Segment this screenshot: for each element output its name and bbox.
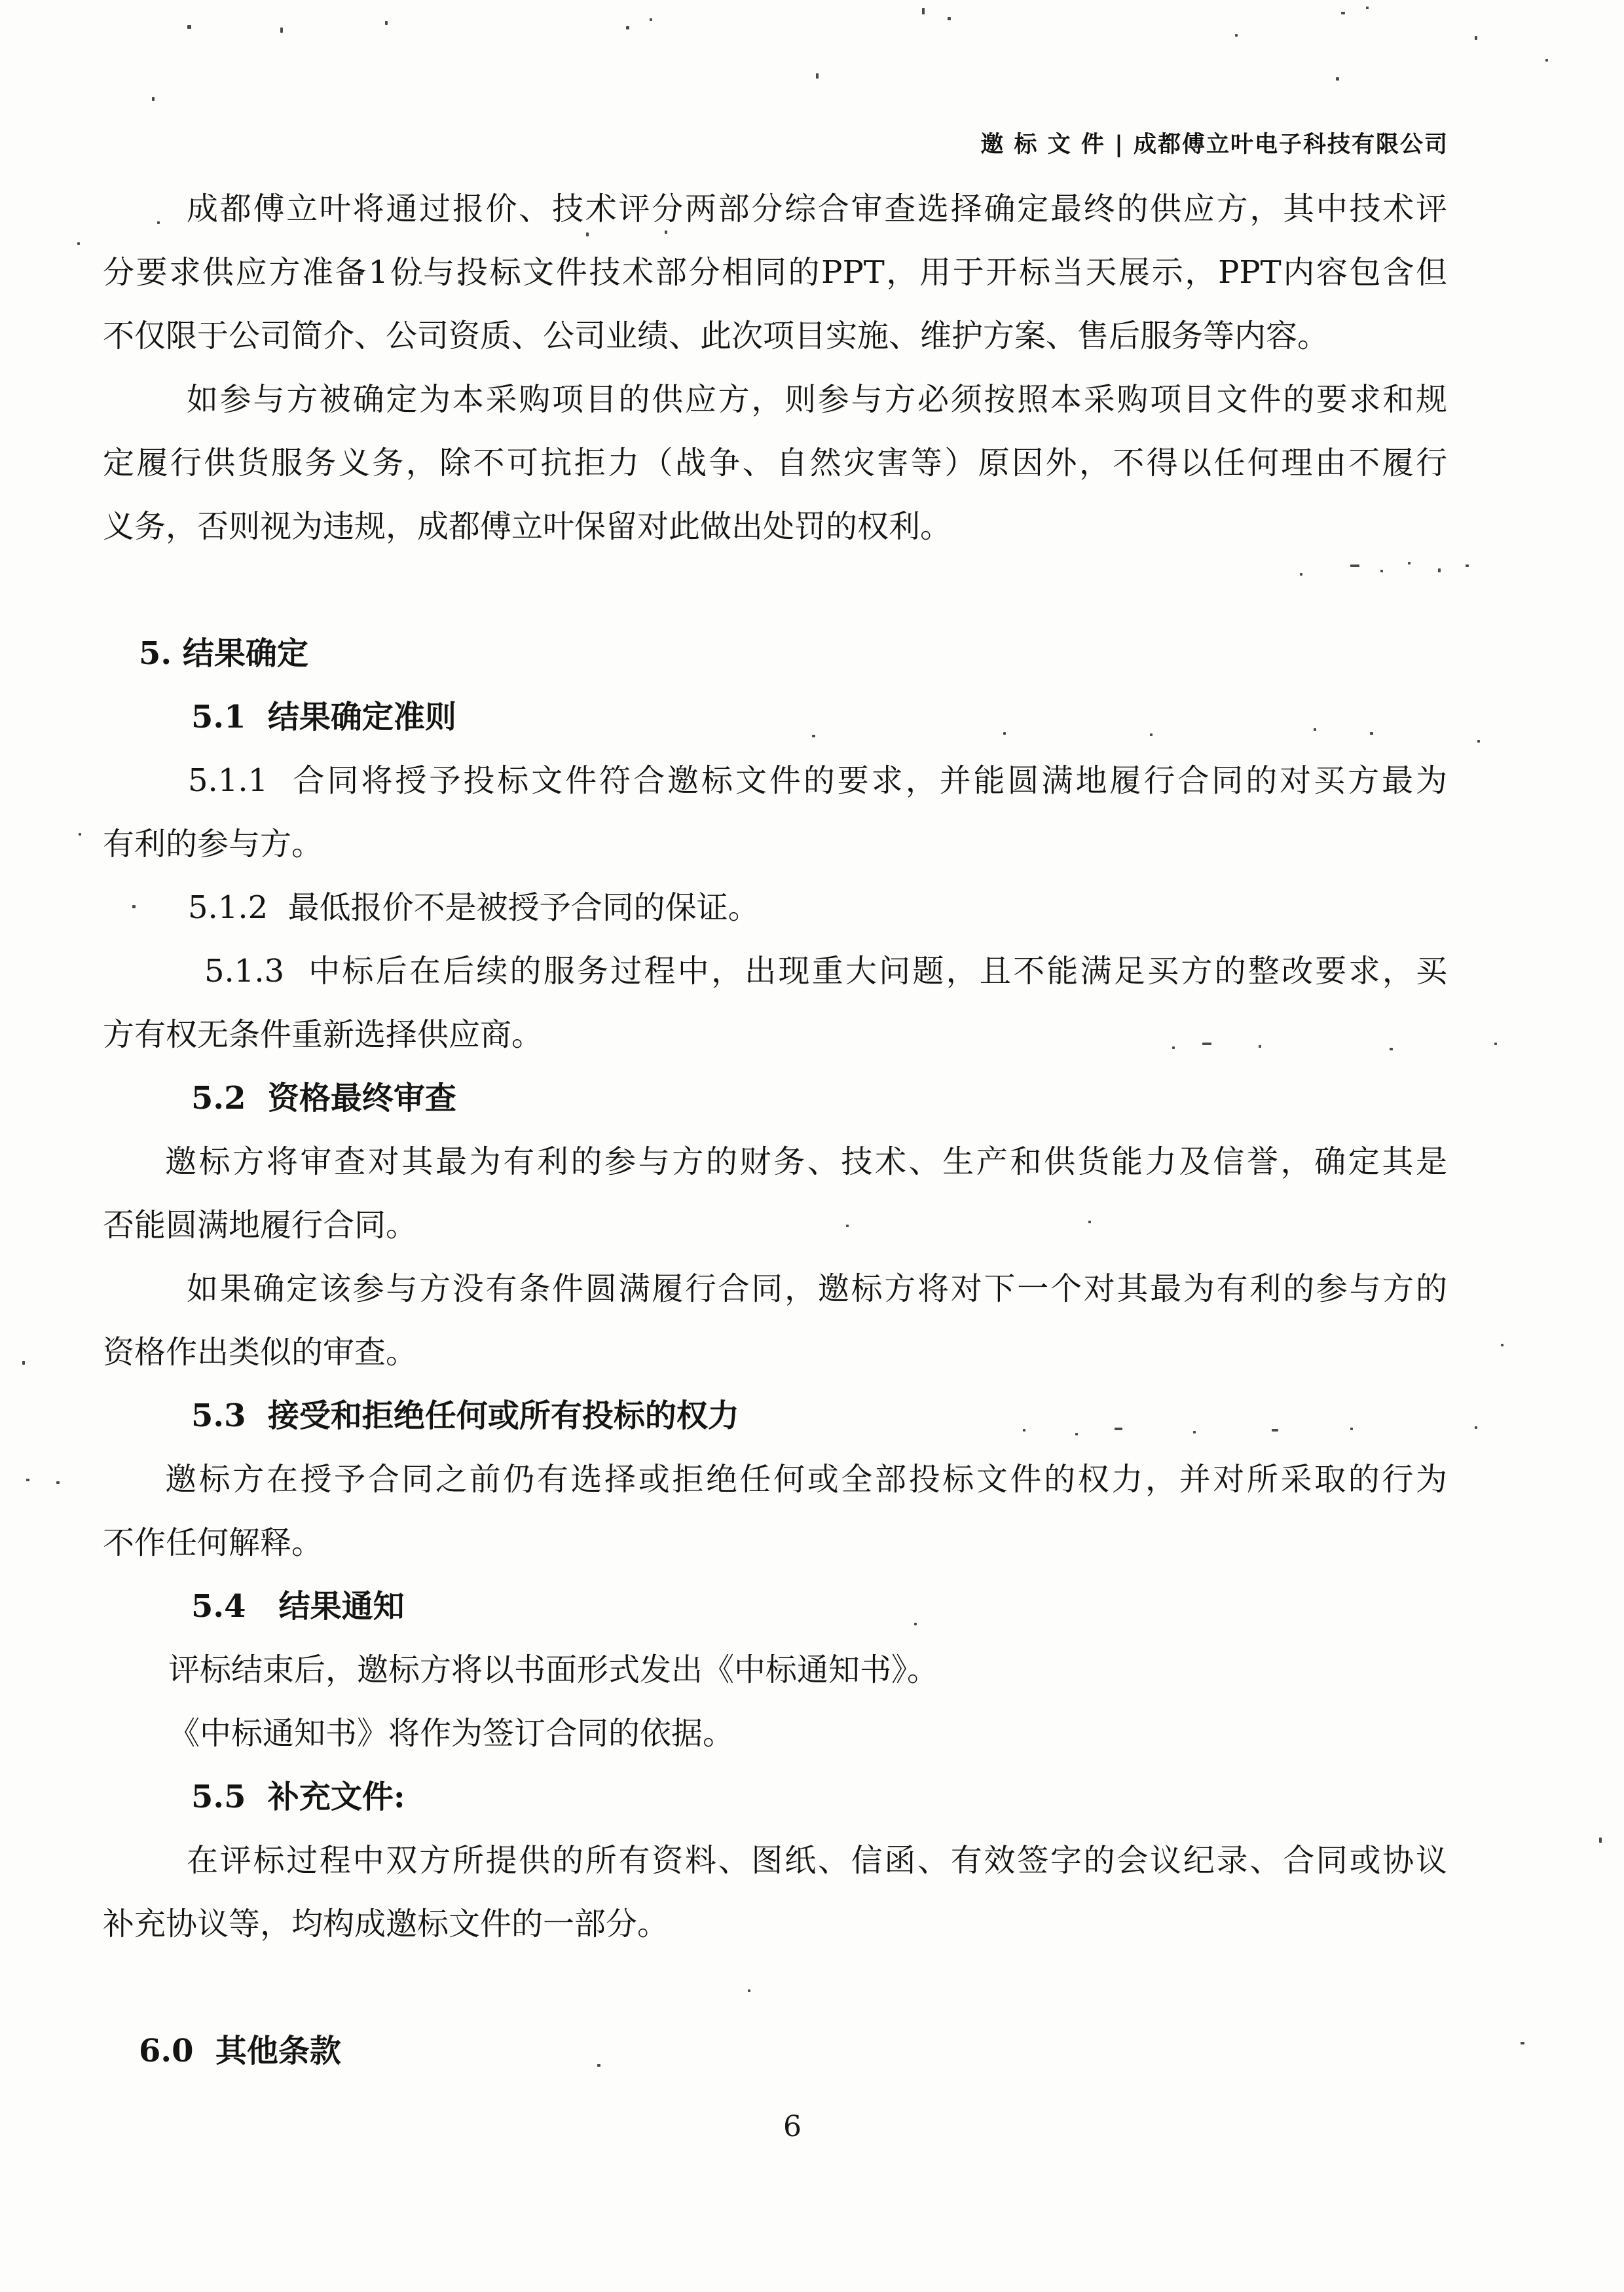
scan-speck xyxy=(1599,1838,1602,1843)
document-line: 邀标方将审查对其最为有利的参与方的财务、技术、生产和供货能力及信誉，确定其是 xyxy=(165,1130,1447,1194)
scan-speck xyxy=(816,73,819,79)
scan-speck xyxy=(948,17,951,20)
document-line: 如果确定该参与方没有条件圆满履行合同，邀标方将对下一个对其最为有利的参与方的 xyxy=(187,1257,1447,1321)
scan-speck xyxy=(1521,2042,1524,2044)
scan-speck xyxy=(77,242,80,245)
document-line: 否能圆满地履行合同。 xyxy=(103,1194,1447,1257)
document-line: 定履行供货服务义务，除不可抗拒力（战争、自然灾害等）原因外，不得以任何理由不履行 xyxy=(103,432,1447,495)
section-heading: 6.0 其他条款 xyxy=(139,2020,1447,2083)
document-line: 义务，否则视为违规，成都傅立叶保留对此做出处罚的权利。 xyxy=(103,495,1447,559)
section-heading: 5.5 补充文件: xyxy=(191,1765,1447,1829)
scan-speck xyxy=(1501,1344,1504,1346)
scan-speck xyxy=(922,8,925,14)
scan-speck xyxy=(1336,77,1339,81)
document-line: 评标结束后，邀标方将以书面形式发出《中标通知书》。 xyxy=(168,1638,1447,1702)
page-number: 6 xyxy=(783,2110,802,2143)
document-line: 5.1.2 最低报价不是被授予合同的保证。 xyxy=(188,876,1447,940)
scan-speck xyxy=(187,25,191,29)
document-line: 成都傅立叶将通过报价、技术评分两部分综合审查选择确定最终的供应方，其中技术评 xyxy=(187,177,1447,241)
scan-speck xyxy=(79,833,81,836)
scan-speck xyxy=(26,1479,29,1481)
scan-speck xyxy=(22,1361,25,1365)
document-body: 成都傅立叶将通过报价、技术评分两部分综合审查选择确定最终的供应方，其中技术评分要… xyxy=(103,177,1447,2083)
scan-speck xyxy=(385,21,388,25)
scan-speck xyxy=(1475,36,1477,40)
blank-line xyxy=(103,1956,1447,2020)
scan-speck xyxy=(1366,7,1369,9)
scan-speck xyxy=(1341,12,1345,14)
scan-speck xyxy=(56,1481,60,1484)
scan-speck xyxy=(626,26,629,29)
document-line: 方有权无条件重新选择供应商。 xyxy=(103,1003,1447,1067)
document-line: 如参与方被确定为本采购项目的供应方，则参与方必须按照本采购项目文件的要求和规 xyxy=(187,368,1447,432)
blank-line xyxy=(103,559,1447,622)
section-heading: 5. 结果确定 xyxy=(139,622,1447,686)
document-line: 5.1.1 合同将授予投标文件符合邀标文件的要求，并能圆满地履行合同的对买方最为 xyxy=(188,749,1447,813)
scan-speck xyxy=(1466,564,1469,567)
scan-speck xyxy=(280,28,283,33)
section-heading: 5.3 接受和拒绝任何或所有投标的权力 xyxy=(191,1384,1447,1448)
document-line: 《中标通知书》将作为签订合同的依据。 xyxy=(168,1702,1447,1765)
document-line: 分要求供应方准备1份与投标文件技术部分相同的PPT，用于开标当天展示，PPT内容… xyxy=(103,241,1447,305)
scan-speck xyxy=(1235,34,1238,37)
scan-speck xyxy=(152,97,155,101)
page-header: 邀 标 文 件 | 成都傅立叶电子科技有限公司 xyxy=(980,126,1449,159)
document-line: 资格作出类似的审查。 xyxy=(103,1321,1447,1384)
scan-speck xyxy=(1477,740,1480,743)
document-line: 补充协议等，均构成邀标文件的一部分。 xyxy=(103,1893,1447,1956)
section-heading: 5.4 结果通知 xyxy=(191,1575,1447,1638)
document-line: 在评标过程中双方所提供的所有资料、图纸、信函、有效签字的会议纪录、合同或协议 xyxy=(187,1829,1447,1893)
document-line: 有利的参与方。 xyxy=(103,813,1447,876)
document-line: 5.1.3 中标后在后续的服务过程中，出现重大问题，且不能满足买方的整改要求，买 xyxy=(204,940,1447,1003)
document-line: 不作任何解释。 xyxy=(103,1511,1447,1575)
section-heading: 5.2 资格最终审查 xyxy=(191,1067,1447,1130)
section-heading: 5.1 结果确定准则 xyxy=(191,686,1447,749)
document-line: 不仅限于公司简介、公司资质、公司业绩、此次项目实施、维护方案、售后服务等内容。 xyxy=(103,305,1447,368)
scan-speck xyxy=(650,18,652,21)
scanned-document-page: 邀 标 文 件 | 成都傅立叶电子科技有限公司 成都傅立叶将通过报价、技术评分两… xyxy=(0,0,1624,2292)
scan-speck xyxy=(1494,1043,1497,1045)
scan-speck xyxy=(1545,59,1548,62)
document-line: 邀标方在授予合同之前仍有选择或拒绝任何或全部投标文件的权力，并对所采取的行为 xyxy=(165,1448,1447,1511)
scan-speck xyxy=(1475,1426,1477,1429)
